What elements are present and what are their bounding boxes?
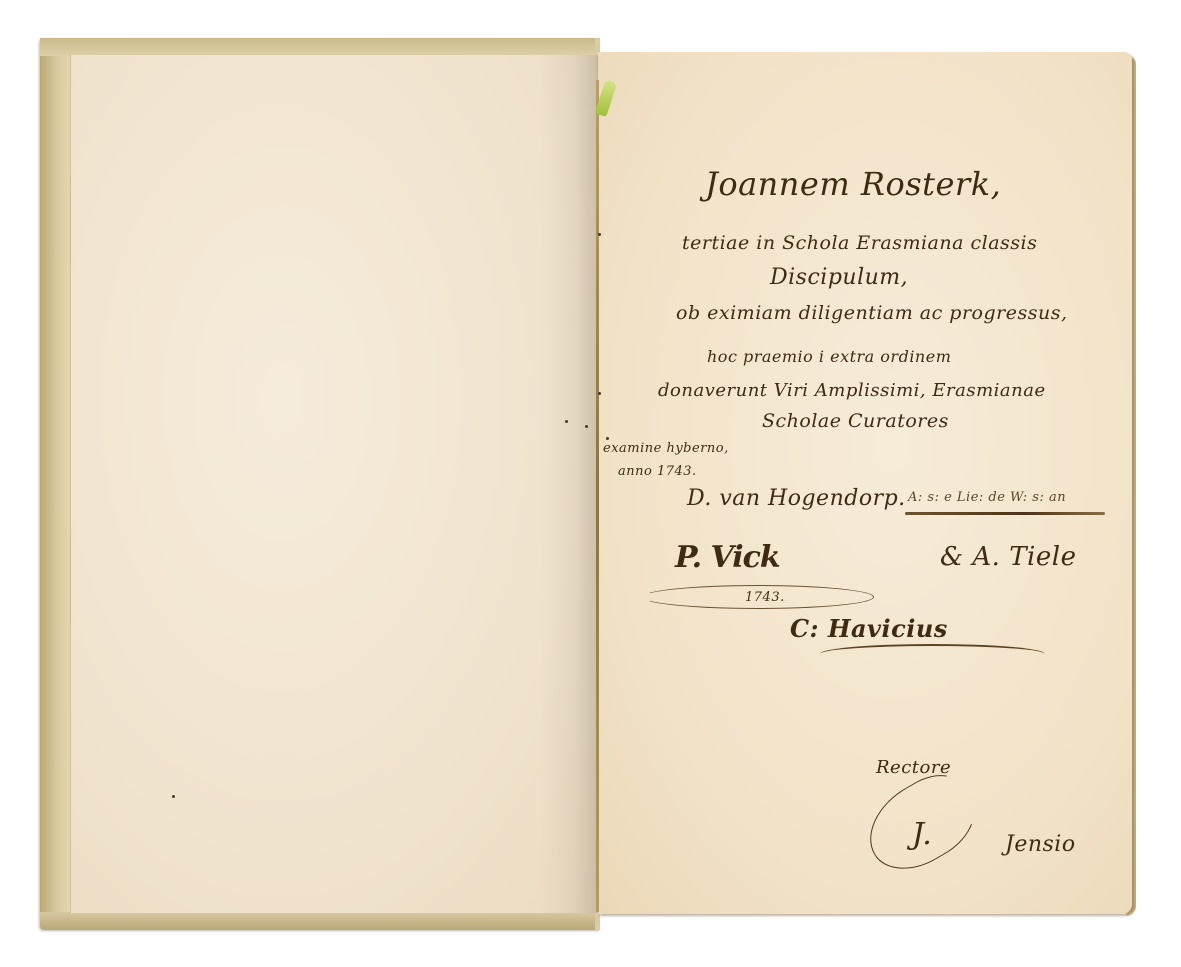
inscription-line-praemio: hoc praemio i extra ordinem xyxy=(707,347,951,366)
signature-havicius: C: Havicius xyxy=(790,614,948,643)
signature-underline xyxy=(905,512,1105,515)
cover-top-edge xyxy=(40,38,595,56)
gutter-shadow xyxy=(540,55,598,913)
signature-jensio-initial: J. xyxy=(912,817,932,852)
inscription-line-class: tertiae in Schola Erasmiana classis xyxy=(682,232,1037,254)
margin-note-examine: examine hyberno, xyxy=(603,441,729,456)
cover-bottom-edge xyxy=(40,912,595,930)
margin-note-year: anno 1743. xyxy=(618,464,697,479)
signature-havicius-flourish xyxy=(820,644,1045,664)
signature-hogendorp: D. van Hogendorp. xyxy=(687,486,906,511)
signature-jensio: Jensio xyxy=(1005,832,1076,857)
signature-tiele: & A. Tiele xyxy=(940,542,1076,572)
inscription-line-donaverunt: donaverunt Viri Amplissimi, Erasmianae xyxy=(658,380,1046,401)
spine-binding xyxy=(596,80,599,912)
signature-hogendorp-suffix: A: s: e Lie: de W: s: an xyxy=(908,490,1066,505)
inscription-line-diligence: ob eximiam diligentiam ac progressus, xyxy=(676,302,1068,324)
signature-year: 1743. xyxy=(745,590,785,605)
inscription-line-discipulum: Discipulum, xyxy=(770,265,908,290)
inscription-line-curatores: Scholae Curatores xyxy=(762,410,949,432)
signature-vick: P. Vick xyxy=(675,540,780,575)
left-page-blank xyxy=(70,55,597,913)
inscription-recipient-name: Joannem Rosterk, xyxy=(705,165,1001,203)
